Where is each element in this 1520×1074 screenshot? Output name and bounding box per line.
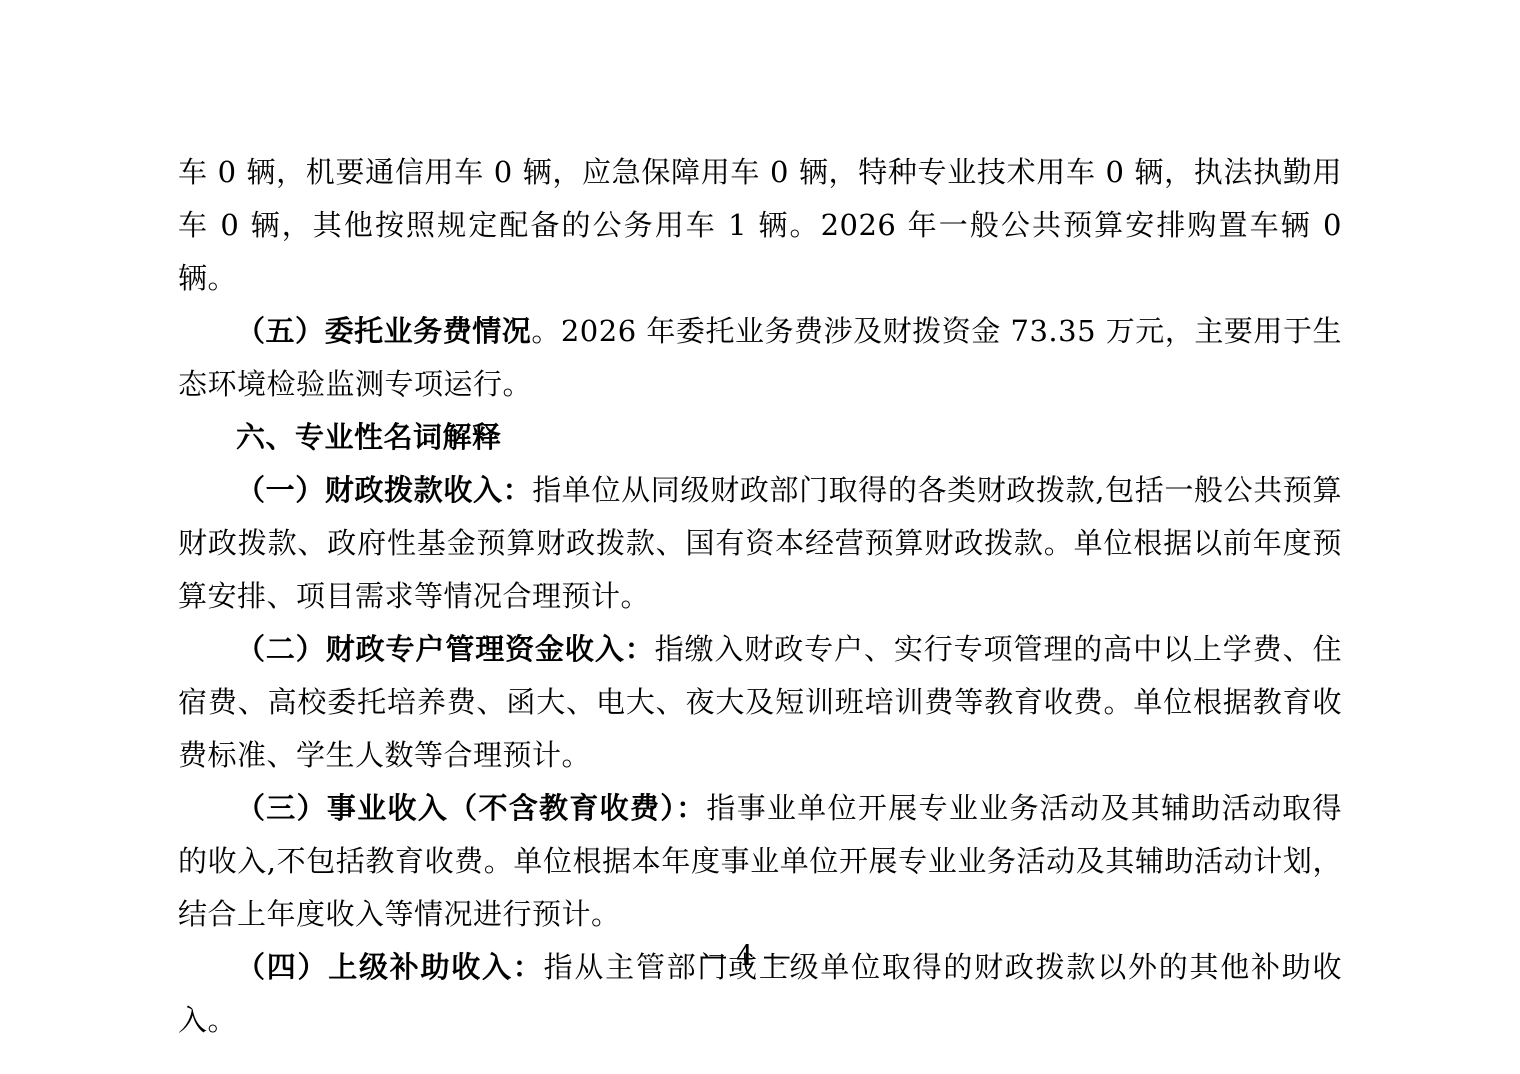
term-fiscal-appropriation-head: （一）财政拨款收入： (236, 473, 532, 507)
term-institutional-income-head: （三）事业收入（不含教育收费）： (236, 791, 706, 825)
term-special-account-funds-head: （二）财政专户管理资金收入： (236, 632, 655, 666)
paragraph-term-institutional-income: （三）事业收入（不含教育收费）：指事业单位开展专业业务活动及其辅助活动取得的收入… (178, 782, 1342, 941)
page-number: — 4 — (178, 936, 1312, 976)
document-body: 车 0 辆，机要通信用车 0 辆，应急保障用车 0 辆，特种专业技术用车 0 辆… (178, 146, 1342, 1047)
paragraph-vehicle-counts: 车 0 辆，机要通信用车 0 辆，应急保障用车 0 辆，特种专业技术用车 0 辆… (178, 146, 1342, 305)
document-page: 车 0 辆，机要通信用车 0 辆，应急保障用车 0 辆，特种专业技术用车 0 辆… (0, 0, 1520, 1074)
paragraph-vehicle-counts-text: 车 0 辆，机要通信用车 0 辆，应急保障用车 0 辆，特种专业技术用车 0 辆… (178, 155, 1342, 295)
paragraph-entrusted-fees: （五）委托业务费情况。2026 年委托业务费涉及财拨资金 73.35 万元，主要… (178, 305, 1342, 411)
paragraph-entrusted-fees-head: （五）委托业务费情况 (236, 314, 531, 348)
paragraph-term-fiscal-appropriation: （一）财政拨款收入：指单位从同级财政部门取得的各类财政拨款,包括一般公共预算财政… (178, 464, 1342, 623)
paragraph-term-special-account-funds: （二）财政专户管理资金收入：指缴入财政专户、实行专项管理的高中以上学费、住宿费、… (178, 623, 1342, 782)
section-heading-terminology: 六、专业性名词解释 (178, 411, 1342, 464)
